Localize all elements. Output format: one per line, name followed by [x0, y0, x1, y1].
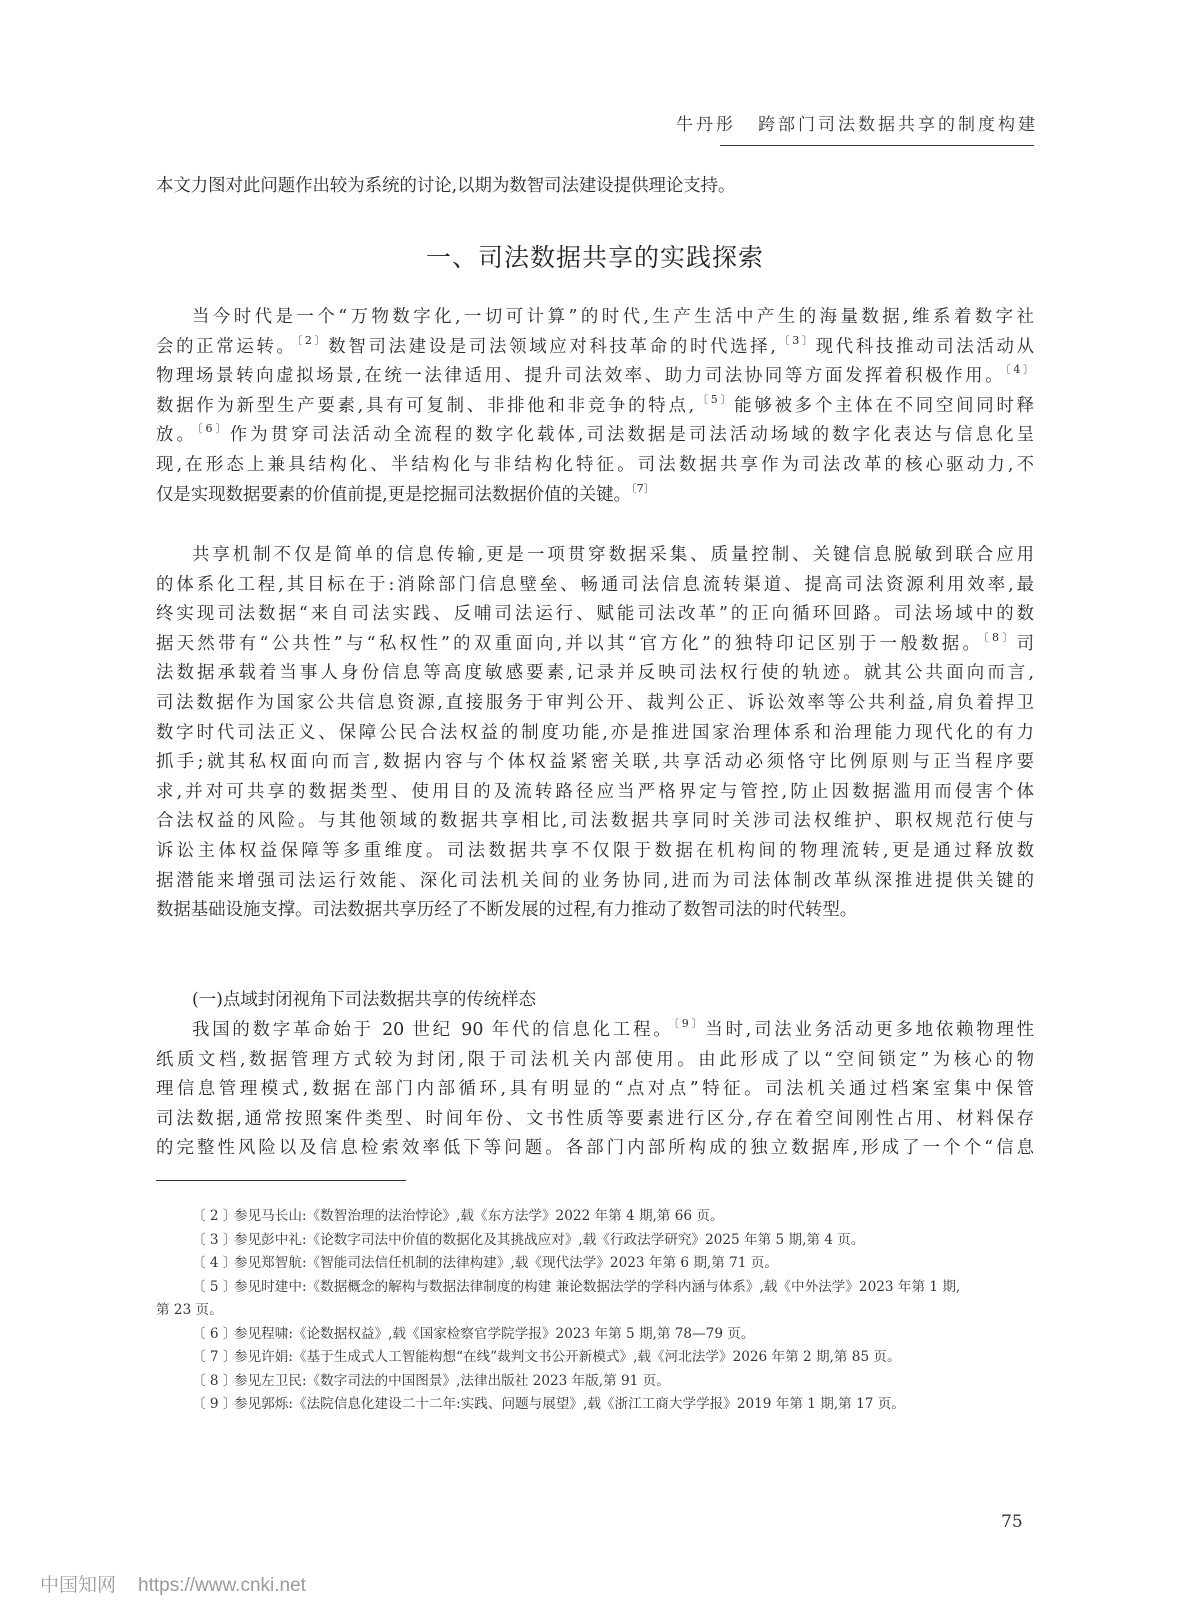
- text-line: 司法数据作为国家公共信息资源,直接服务于审判公开、裁判公正、诉讼效率等公共利益,…: [156, 689, 1034, 719]
- footnote-ref-5[interactable]: 〔5〕: [694, 393, 734, 406]
- text-line: 法数据承载着当事人身份信息等高度敏感要素,记录并反映司法权行使的轨迹。就其公共面…: [156, 659, 1034, 689]
- footnote-ref-6[interactable]: 〔6〕: [197, 422, 230, 435]
- running-head-author: 牛丹彤: [676, 115, 736, 135]
- footnote-number: 〔 7 〕: [192, 1346, 234, 1370]
- text-line: 会的正常运转。〔2〕数智司法建设是司法领域应对科技革命的时代选择,〔3〕现代科技…: [156, 333, 1034, 363]
- footnote-6: 〔 6 〕参见程啸:《论数据权益》,载《国家检察官学院学报》2023 年第 5 …: [156, 1323, 1034, 1347]
- subheading: (一)点域封闭视角下司法数据共享的传统样态: [156, 986, 1034, 1016]
- text-line: 放。〔6〕作为贯穿司法活动全流程的数字化载体,司法数据是司法活动场域的数字化表达…: [156, 421, 1034, 451]
- footnote-ref-9[interactable]: 〔9〕: [673, 1017, 705, 1030]
- text-line: 数字时代司法正义、保障公民合法权益的制度功能,亦是推进国家治理体系和治理能力现代…: [156, 719, 1034, 749]
- footnote-number: 〔 8 〕: [192, 1370, 234, 1394]
- footnote-3: 〔 3 〕参见彭中礼:《论数字司法中价值的数据化及其挑战应对》,载《行政法学研究…: [156, 1229, 1034, 1253]
- text-line: 的体系化工程,其目标在于:消除部门信息壁垒、畅通司法信息流转渠道、提高司法资源利…: [156, 571, 1034, 601]
- footnote-text: 参见程啸:《论数据权益》,载《国家检察官学院学报》2023 年第 5 期,第 7…: [234, 1326, 754, 1342]
- footnote-ref-4[interactable]: 〔4〕: [1005, 363, 1034, 376]
- text-run: 仅是实现数据要素的价值前提,更是挖掘司法数据价值的关键。: [156, 485, 631, 505]
- text-line: 我国的数字革命始于 20 世纪 90 年代的信息化工程。〔9〕当时,司法业务活动…: [156, 1016, 1034, 1046]
- text-line: 共享机制不仅是简单的信息传输,更是一项贯穿数据采集、质量控制、关键信息脱敏到联合…: [156, 541, 1034, 571]
- subsection-title: (一)点域封闭视角下司法数据共享的传统样态: [156, 986, 1034, 1016]
- text-run: 能够被多个主体在不同空间同时释: [734, 396, 1034, 416]
- footnote-8: 〔 8 〕参见左卫民:《数字司法的中国图景》,法律出版社 2023 年版,第 9…: [156, 1370, 1034, 1394]
- text-line: 数据基础设施支撑。司法数据共享历经了不断发展的过程,有力推动了数智司法的时代转型…: [156, 896, 1034, 926]
- text-run: 放。: [156, 425, 197, 445]
- footnote-7: 〔 7 〕参见许娟:《基于生成式人工智能构想“在线”裁判文书公开新模式》,载《河…: [156, 1346, 1034, 1370]
- text-run: 数据作为新型生产要素,具有可复制、非排他和非竞争的特点,: [156, 396, 694, 416]
- text-line: 诉讼主体权益保障等多重维度。司法数据共享不仅限于数据在机构间的物理流转,更是通过…: [156, 837, 1034, 867]
- text-run: 数智司法建设是司法领域应对科技革命的时代选择,: [328, 337, 776, 357]
- text-line: 抓手;就其私权面向而言,数据内容与个体权益紧密关联,共享活动必须恪守比例原则与正…: [156, 748, 1034, 778]
- section-title: 一、司法数据共享的实践探索: [0, 238, 1190, 274]
- paragraph-3: 我国的数字革命始于 20 世纪 90 年代的信息化工程。〔9〕当时,司法业务活动…: [156, 1016, 1034, 1164]
- footnote-ref-7[interactable]: 〔7〕: [631, 482, 655, 495]
- footnote-text: 参见郭烁:《法院信息化建设二十二年:实践、问题与展望》,载《浙江工商大学学报》2…: [234, 1396, 905, 1412]
- footnote-4: 〔 4 〕参见郑智航:《智能司法信任机制的法律构建》,载《现代法学》2023 年…: [156, 1252, 1034, 1276]
- footnote-ref-2[interactable]: 〔2〕: [297, 334, 329, 347]
- footnotes: 〔 2 〕参见马长山:《数智治理的法治悖论》,载《东方法学》2022 年第 4 …: [156, 1205, 1034, 1417]
- footnote-9: 〔 9 〕参见郭烁:《法院信息化建设二十二年:实践、问题与展望》,载《浙江工商大…: [156, 1393, 1034, 1417]
- page-number: 75: [1001, 1512, 1023, 1532]
- text-line: 理信息管理模式,数据在部门内部循环,具有明显的“点对点”特征。司法机关通过档案室…: [156, 1075, 1034, 1105]
- text-line: 司法数据,通常按照案件类型、时间年份、文书性质等要素进行区分,存在着空间刚性占用…: [156, 1105, 1034, 1135]
- paragraph-1: 当今时代是一个“万物数字化,一切可计算”的时代,生产生活中产生的海量数据,维系着…: [156, 303, 1034, 510]
- text-line: 据潜能来增强司法运行效能、深化司法机关间的业务协同,进而为司法体制改革纵深推进提…: [156, 867, 1034, 897]
- watermark-brand: 中国知网: [40, 1574, 116, 1596]
- footnote-number: 〔 5 〕: [192, 1276, 234, 1300]
- text-run: 现代科技推动司法活动从: [816, 337, 1034, 357]
- text-run: 会的正常运转。: [156, 337, 297, 357]
- footnote-number: 〔 2 〕: [192, 1205, 234, 1229]
- text-line: 终实现司法数据“来自司法实践、反哺司法运行、赋能司法改革”的正向循环回路。司法场…: [156, 600, 1034, 630]
- text-run: 当时,司法业务活动更多地依赖物理性: [705, 1020, 1034, 1040]
- footnote-ref-8[interactable]: 〔8〕: [983, 631, 1016, 644]
- footnote-text: 参见时建中:《数据概念的解构与数据法律制度的构建 兼论数据法学的学科内涵与体系》…: [234, 1279, 960, 1295]
- footnote-2: 〔 2 〕参见马长山:《数智治理的法治悖论》,载《东方法学》2022 年第 4 …: [156, 1205, 1034, 1229]
- text-line: 合法权益的风险。与其他领域的数据共享相比,司法数据共享同时关涉司法权维护、职权规…: [156, 807, 1034, 837]
- text-run: 司: [1017, 634, 1034, 654]
- footnote-number: 〔 9 〕: [192, 1393, 234, 1417]
- watermark: 中国知网https://www.cnki.net: [40, 1570, 306, 1597]
- footnote-text: 参见郑智航:《智能司法信任机制的法律构建》,载《现代法学》2023 年第 6 期…: [234, 1255, 778, 1271]
- text-line: 当今时代是一个“万物数字化,一切可计算”的时代,生产生活中产生的海量数据,维系着…: [156, 303, 1034, 333]
- footnote-rule: [156, 1180, 406, 1181]
- footnote-text: 参见许娟:《基于生成式人工智能构想“在线”裁判文书公开新模式》,载《河北法学》2…: [234, 1349, 901, 1365]
- text-run: 作为贯穿司法活动全流程的数字化载体,司法数据是司法活动场域的数字化表达与信息化呈: [230, 425, 1034, 445]
- footnote-text: 参见彭中礼:《论数字司法中价值的数据化及其挑战应对》,载《行政法学研究》2025…: [234, 1232, 864, 1248]
- text-line: 物理场景转向虚拟场景,在统一法律适用、提升司法效率、助力司法协同等方面发挥着积极…: [156, 362, 1034, 392]
- paragraph-2: 共享机制不仅是简单的信息传输,更是一项贯穿数据采集、质量控制、关键信息脱敏到联合…: [156, 541, 1034, 926]
- watermark-url[interactable]: https://www.cnki.net: [138, 1575, 306, 1596]
- footnote-number: 〔 3 〕: [192, 1229, 234, 1253]
- text-line: 本文力图对此问题作出较为系统的讨论,以期为数智司法建设提供理论支持。: [156, 172, 1034, 202]
- footnote-text: 参见左卫民:《数字司法的中国图景》,法律出版社 2023 年版,第 91 页。: [234, 1373, 670, 1389]
- text-run: 据天然带有“公共性”与“私权性”的双重面向,并以其“官方化”的独特印记区别于一般…: [156, 634, 983, 654]
- running-head: 牛丹彤跨部门司法数据共享的制度构建: [676, 110, 1034, 135]
- footnote-ref-3[interactable]: 〔3〕: [776, 334, 816, 347]
- text-line: 现,在形态上兼具结构化、半结构化与非结构化特征。司法数据共享作为司法改革的核心驱…: [156, 451, 1034, 481]
- footnote-5: 〔 5 〕参见时建中:《数据概念的解构与数据法律制度的构建 兼论数据法学的学科内…: [156, 1276, 1034, 1300]
- text-line: 的完整性风险以及信息检索效率低下等问题。各部门内部所构成的独立数据库,形成了一个…: [156, 1134, 1034, 1164]
- footnote-number: 〔 6 〕: [192, 1323, 234, 1347]
- header-rule: [720, 145, 1034, 146]
- footnote-5-continued: 第 23 页。: [156, 1299, 1034, 1323]
- running-head-title: 跨部门司法数据共享的制度构建: [758, 115, 1038, 135]
- text-line: 数据作为新型生产要素,具有可复制、非排他和非竞争的特点,〔5〕能够被多个主体在不…: [156, 392, 1034, 422]
- footnote-number: 〔 4 〕: [192, 1252, 234, 1276]
- text-line: 据天然带有“公共性”与“私权性”的双重面向,并以其“官方化”的独特印记区别于一般…: [156, 630, 1034, 660]
- text-run: 我国的数字革命始于 20 世纪 90 年代的信息化工程。: [192, 1020, 673, 1040]
- text-line: 纸质文档,数据管理方式较为封闭,限于司法机关内部使用。由此形成了以“空间锁定”为…: [156, 1046, 1034, 1076]
- footnote-text: 参见马长山:《数智治理的法治悖论》,载《东方法学》2022 年第 4 期,第 6…: [234, 1208, 724, 1224]
- text-line: 仅是实现数据要素的价值前提,更是挖掘司法数据价值的关键。〔7〕: [156, 481, 1034, 511]
- text-line: 求,并对可共享的数据类型、使用目的及流转路径应当严格界定与管控,防止因数据滥用而…: [156, 778, 1034, 808]
- text-run: 物理场景转向虚拟场景,在统一法律适用、提升司法效率、助力司法协同等方面发挥着积极…: [156, 366, 1005, 386]
- intro-paragraph: 本文力图对此问题作出较为系统的讨论,以期为数智司法建设提供理论支持。: [156, 172, 1034, 202]
